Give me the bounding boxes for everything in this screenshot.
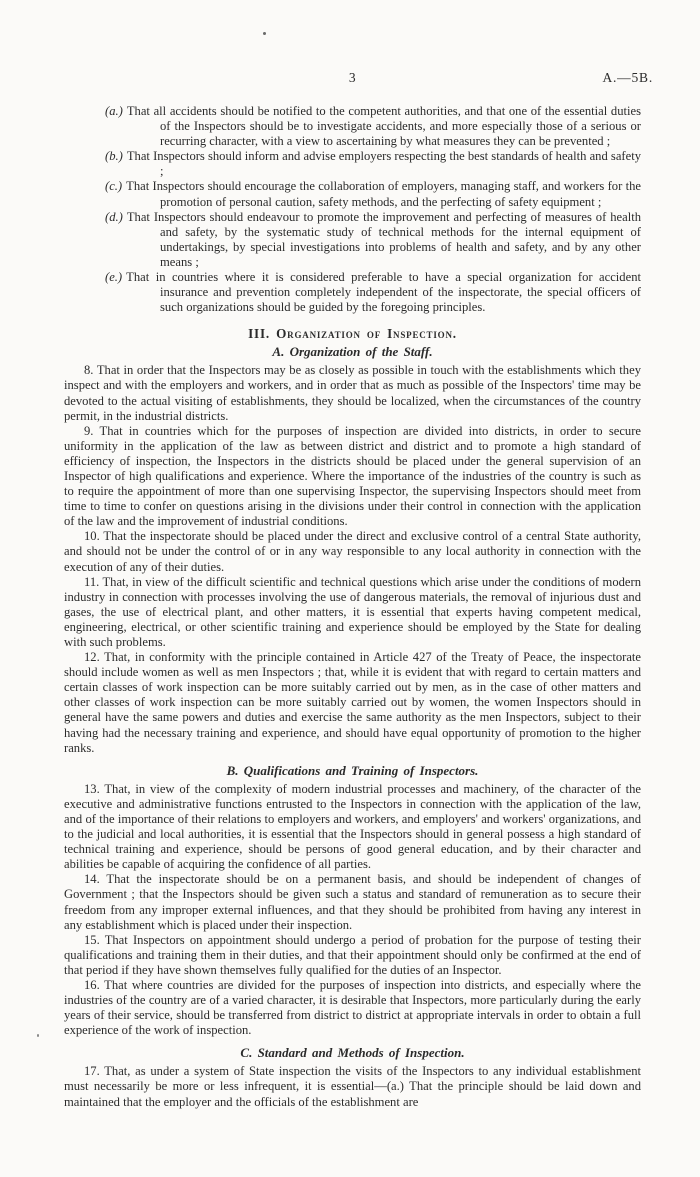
list-item: (e.)That in countries where it is consid… <box>105 270 641 315</box>
paragraph-10: 10. That the inspectorate should be plac… <box>64 529 641 574</box>
clause-label: (a.) <box>105 104 127 118</box>
page-number: 3 <box>64 70 641 86</box>
list-item: (d.)That Inspectors should endeavour to … <box>105 210 641 270</box>
list-item: (b.)That Inspectors should inform and ad… <box>105 149 641 179</box>
section-heading: III. Organization of Inspection. <box>64 326 641 342</box>
document-reference: A.—5B. <box>602 70 653 86</box>
clause-text: That Inspectors should endeavour to prom… <box>127 210 641 269</box>
paragraph-15: 15. That Inspectors on appointment shoul… <box>64 933 641 978</box>
paragraph-11: 11. That, in view of the difficult scien… <box>64 575 641 650</box>
clause-text: That Inspectors should encourage the col… <box>126 179 641 208</box>
clause-label: (b.) <box>105 149 127 163</box>
clause-label: (d.) <box>105 210 127 224</box>
paragraph-9: 9. That in countries which for the purpo… <box>64 424 641 530</box>
text-block: 3 A.—5B. (a.)That all accidents should b… <box>64 70 641 1110</box>
subsection-heading-a: A. Organization of the Staff. <box>64 344 641 360</box>
paragraph-14: 14. That the inspectorate should be on a… <box>64 872 641 932</box>
clause-label: (e.) <box>105 270 126 284</box>
clause-text: That all accidents should be notified to… <box>127 104 641 148</box>
clause-list: (a.)That all accidents should be notifie… <box>64 104 641 315</box>
ink-speck <box>263 32 266 35</box>
list-item: (c.)That Inspectors should encourage the… <box>105 179 641 209</box>
paragraph-8: 8. That in order that the Inspectors may… <box>64 363 641 423</box>
ink-speck <box>37 1034 39 1037</box>
paragraph-12: 12. That, in conformity with the princip… <box>64 650 641 756</box>
paragraph-13: 13. That, in view of the complexity of m… <box>64 782 641 873</box>
subsection-heading-b: B. Qualifications and Training of Inspec… <box>64 763 641 779</box>
page-header: 3 A.—5B. <box>64 70 641 90</box>
list-item: (a.)That all accidents should be notifie… <box>105 104 641 149</box>
scanned-document-page: 3 A.—5B. (a.)That all accidents should b… <box>0 0 700 1177</box>
paragraph-16: 16. That where countries are divided for… <box>64 978 641 1038</box>
clause-text: That Inspectors should inform and advise… <box>127 149 641 178</box>
clause-text: That in countries where it is considered… <box>126 270 641 314</box>
clause-label: (c.) <box>105 179 126 193</box>
subsection-heading-c: C. Standard and Methods of Inspection. <box>64 1045 641 1061</box>
paragraph-17: 17. That, as under a system of State ins… <box>64 1064 641 1109</box>
